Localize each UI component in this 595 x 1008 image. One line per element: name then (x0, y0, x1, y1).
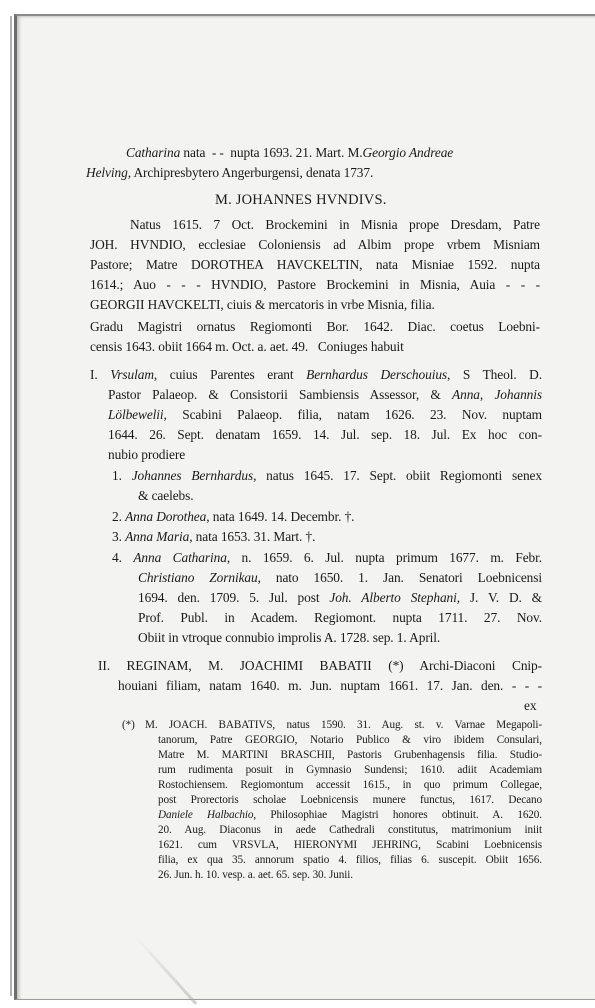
page-fold-shadow (135, 936, 197, 1005)
child-item-cont: & caelebs. (138, 486, 194, 506)
wife1-line-1: I. Vrsulam, cuius Parentes erant Bernhar… (90, 365, 542, 385)
footnote-line: 1621. cum VRSVLA, HIERONYMI JEHRING, Sca… (158, 838, 542, 853)
child4-line-5: Obiit in vtroque connubio improlis A. 17… (138, 628, 440, 648)
footnote-line: 26. Jun. h. 10. vesp. a. aet. 65. sep. 3… (158, 868, 353, 883)
wife1-line-2: Pastor Palaeop. & Consistorii Sambiensis… (108, 385, 542, 405)
footnote-line: post Prorectoris scholae Loebnicensis mu… (158, 793, 542, 808)
name-catharina: Catharina (126, 145, 180, 160)
child-item: 2. Anna Dorothea, nata 1649. 14. Decembr… (112, 507, 354, 527)
bio-line: GEORGII HAVCKELTI, ciuis & mercatoris in… (90, 295, 435, 315)
footnote-line: Daniele Halbachio, Philosophiae Magistri… (158, 808, 542, 823)
child-item: 4. Anna Catharina, n. 1659. 6. Jul. nupt… (112, 548, 542, 568)
footnote-line: rum rudimenta posuit in Gymnasio Sundens… (158, 763, 542, 778)
book-page-edge (10, 16, 12, 996)
catchword: ex (524, 696, 536, 716)
child4-line-4: Prof. Publ. in Academ. Regiomont. nupta … (138, 608, 542, 628)
child-item: 3. Anna Maria, nata 1653. 31. Mart. †. (112, 527, 315, 547)
bio-line: Natus 1615. 7 Oct. Brockemini in Misnia … (130, 215, 540, 235)
continuation-line-1: Catharina nata - - nupta 1693. 21. Mart.… (126, 143, 540, 163)
wife1-line-4: 1644. 26. Sept. denatam 1659. 14. Jul. s… (108, 425, 542, 445)
bio-line: 1614.; Auo - - - HVNDIO, Pastore Brockem… (90, 275, 540, 295)
bio-line: JOH. HVNDIO, ecclesiae Coloniensis ad Al… (90, 235, 540, 255)
continuation-line-2: Helving, Archipresbytero Angerburgensi, … (86, 163, 373, 183)
bio-line: censis 1643. obiit 1664 m. Oct. a. aet. … (90, 337, 404, 357)
section-title: M. JOHANNES HVNDIVS. (215, 190, 387, 210)
footnote-line: tanorum, Patre GEORGIO, Notario Publico … (158, 733, 542, 748)
wife2-line-2: houiani filiam, natam 1640. m. Jun. nupt… (118, 676, 542, 696)
child4-line-2: Christiano Zornikau, nato 1650. 1. Jan. … (138, 568, 542, 588)
wife1-line-5: nubio prodiere (108, 445, 185, 465)
footnote-line: Matre M. MARTINI BRASCHII, Pastoris Grub… (158, 748, 542, 763)
wife1-line-3: Lölbewelii, Scabini Palaeop. filia, nata… (108, 405, 542, 425)
footnote-line: 20. Aug. Diaconus in aede Cathedrali con… (158, 823, 542, 838)
child-item: 1. Johannes Bernhardus, natus 1645. 17. … (112, 466, 542, 486)
wife2-line-1: II. REGINAM, M. JOACHIMI BABATII (*) Arc… (98, 656, 542, 676)
bio-line: Pastore; Matre DOROTHEA HAVCKELTIN, nata… (90, 255, 540, 275)
bio-line: Gradu Magistri ornatus Regiomonti Bor. 1… (90, 317, 540, 337)
footnote-line: filia, ex qua 35. annorum spatio 4. fili… (158, 853, 542, 868)
footnote-line: Rostochiensem. Regiomontum accessit 1615… (158, 778, 542, 793)
footnote-marker: (*) (122, 718, 135, 733)
child4-line-3: 1694. den. 1709. 5. Jul. post Joh. Alber… (138, 588, 542, 608)
footnote-line: M. JOACH. BABATIVS, natus 1590. 31. Aug.… (145, 718, 542, 733)
